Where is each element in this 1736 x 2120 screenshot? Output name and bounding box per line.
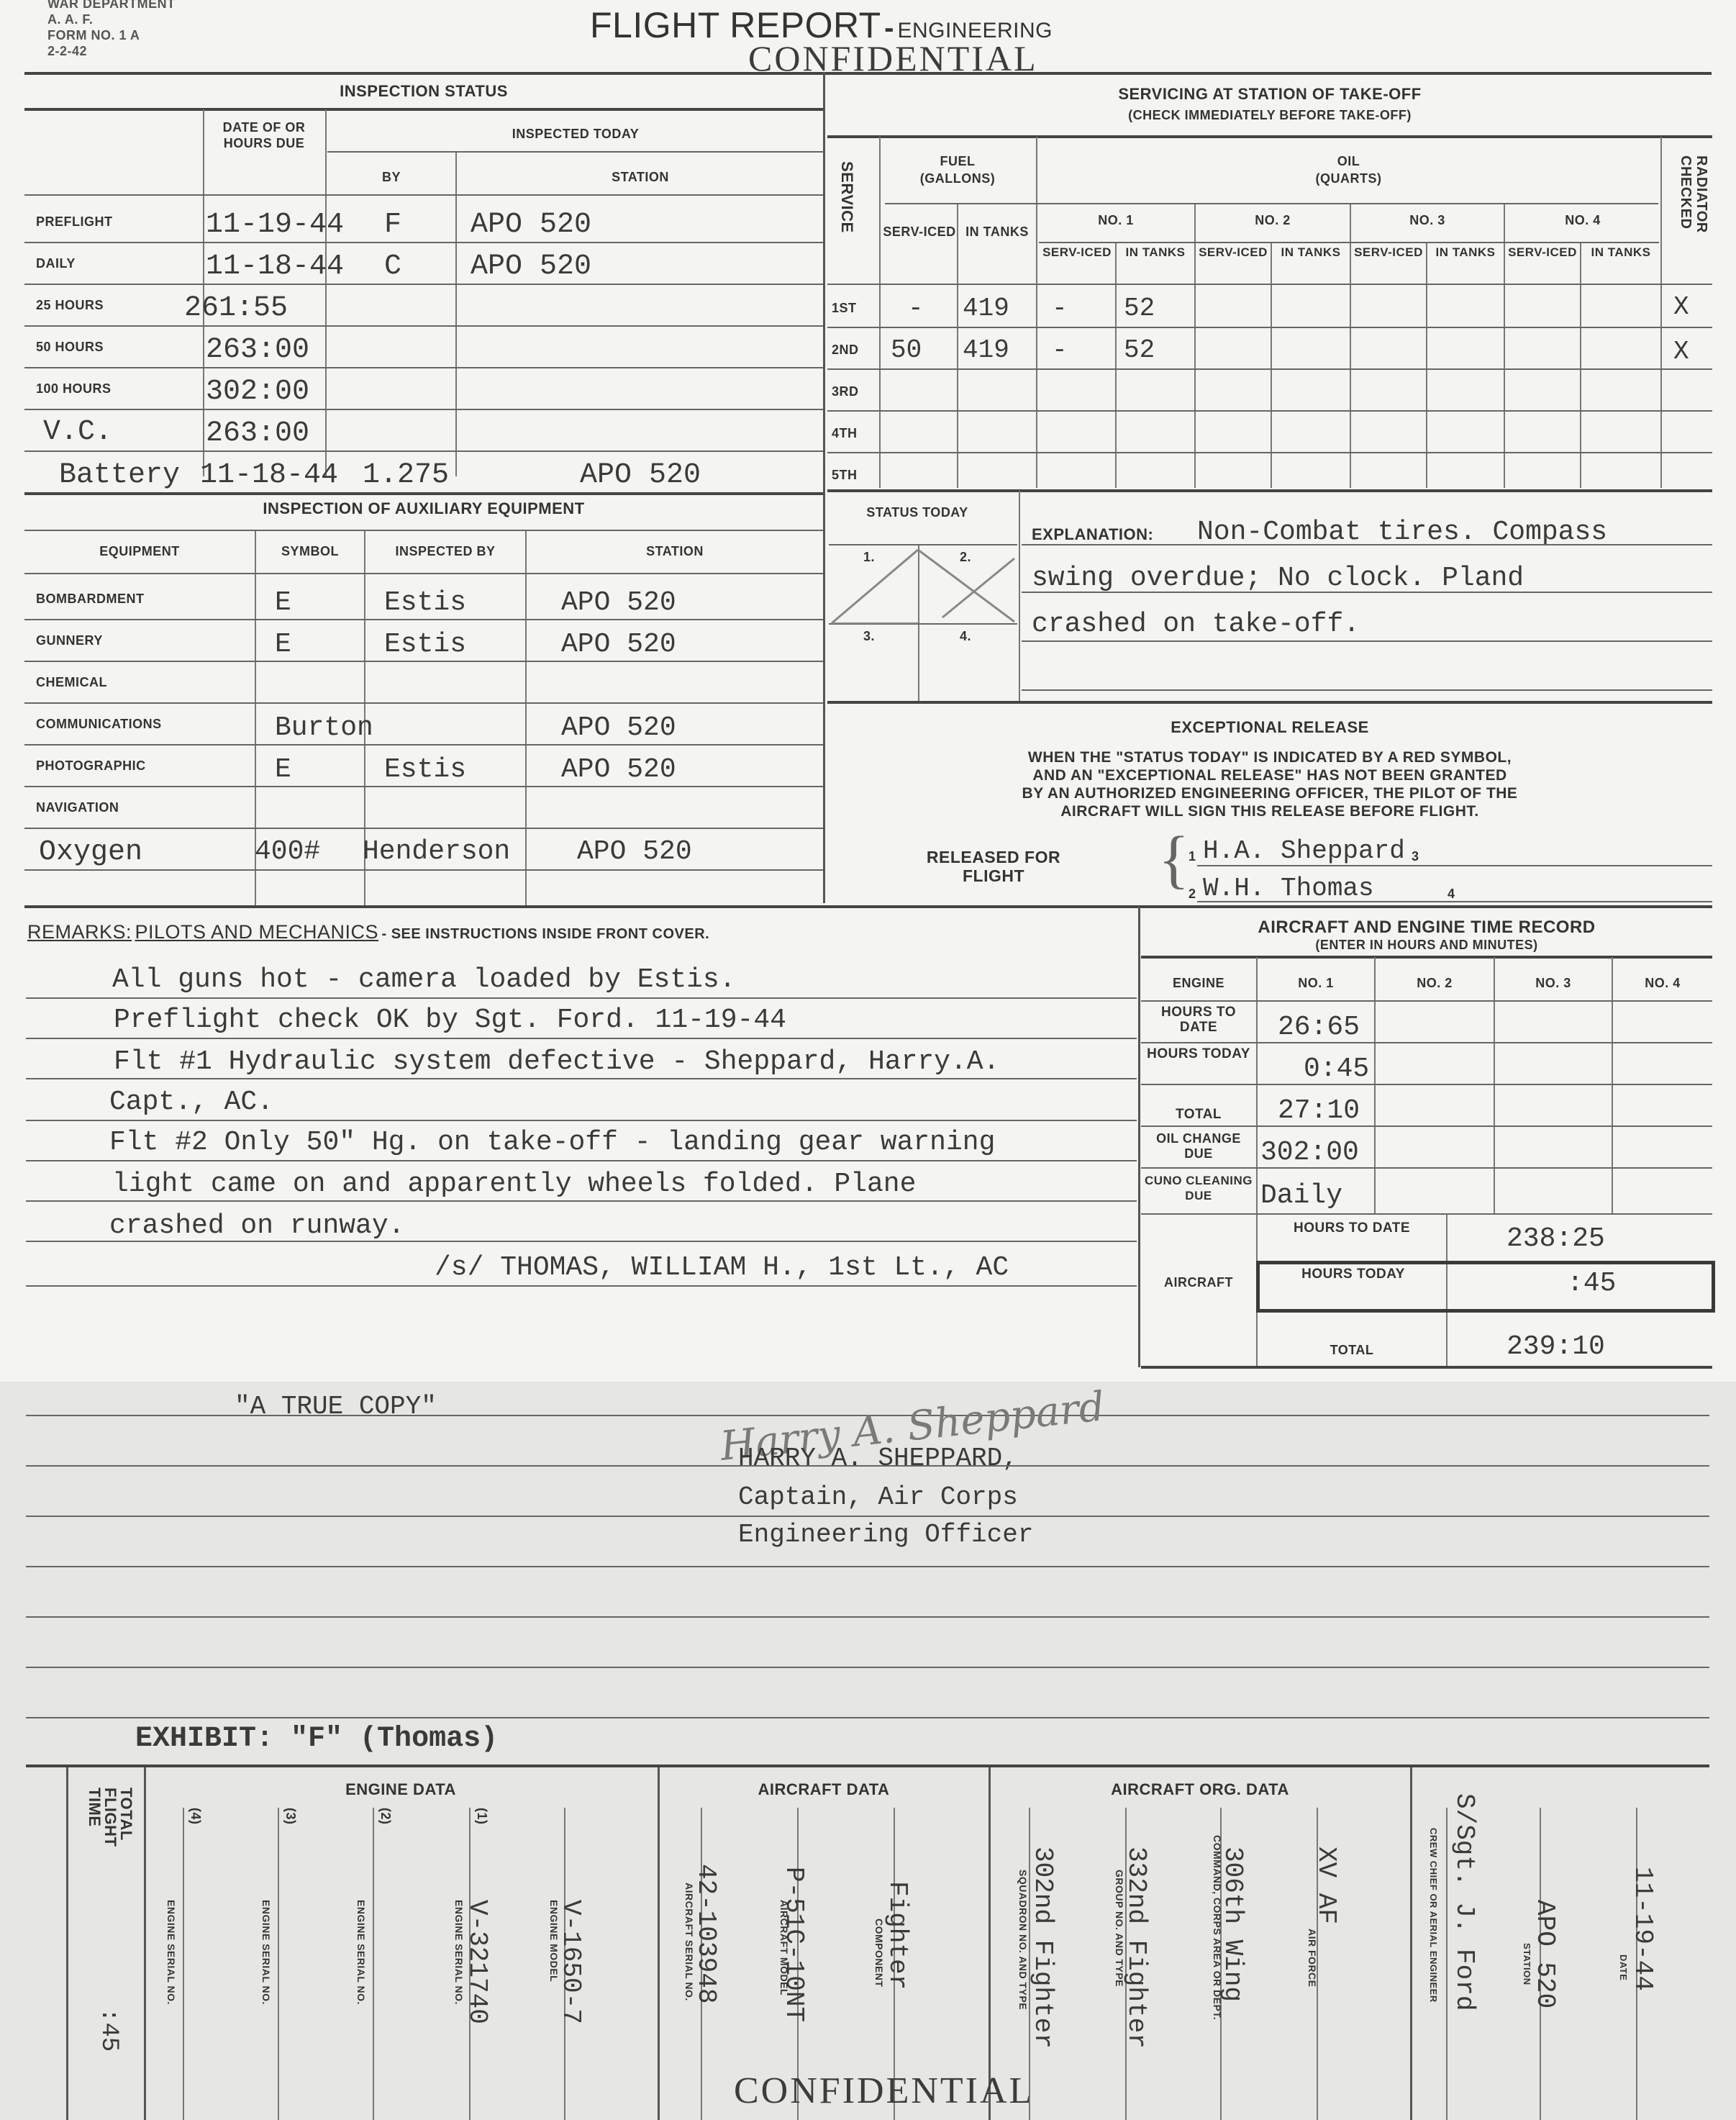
engine1-value[interactable]: 302:00 (1260, 1137, 1359, 1168)
release-text-line: BY AN AUTHORIZED ENGINEERING OFFICER, TH… (827, 784, 1712, 802)
engine-data-title: ENGINE DATA (144, 1780, 658, 1799)
row-line (24, 744, 823, 746)
row-label: 50 HOURS (36, 340, 104, 355)
row-line (1022, 544, 1712, 545)
row-line (1022, 592, 1712, 593)
row-line (827, 452, 1712, 453)
engine-col-header: NO. 4 (1613, 976, 1712, 991)
column-divider (1019, 491, 1020, 701)
station-value[interactable]: APO 520 (471, 250, 591, 283)
group-label: GROUP NO. AND TYPE (1114, 1870, 1125, 1987)
service-label: 4TH (832, 426, 858, 441)
equipment-label: COMMUNICATIONS (36, 717, 162, 732)
divider (24, 573, 823, 574)
remark-line[interactable]: Flt #2 Only 50" Hg. on take-off - landin… (109, 1127, 995, 1158)
table-row: 4TH (827, 413, 1712, 455)
remark-line[interactable]: crashed on runway. (109, 1210, 404, 1241)
table-row: GUNNERY E Estis APO 520 (24, 622, 823, 663)
row-line (24, 492, 823, 495)
signer-number: 3 (1412, 849, 1419, 864)
col-header-oil: OIL (QUARTS) (1037, 153, 1660, 187)
form-id-block: WAR DEPARTMENT A. A. F. FORM NO. 1 A 2-2… (47, 0, 176, 59)
signer-number: 1 (1189, 849, 1196, 864)
aircraft-hours-today[interactable]: :45 (1567, 1268, 1616, 1299)
column-divider (278, 1808, 279, 2120)
row-line (827, 410, 1712, 412)
by-value[interactable]: 1.275 (363, 459, 449, 492)
table-row: 100 HOURS 302:00 (24, 370, 823, 412)
table-row: COMMUNICATIONS Burton APO 520 (24, 705, 823, 747)
col-header-inspected-today: INSPECTED TODAY (327, 127, 824, 142)
engine-serial-label: ENGINE SERIAL NO. (165, 1900, 177, 2005)
equipment-label: NAVIGATION (36, 800, 119, 815)
inspected-by-value[interactable]: Estis (384, 629, 466, 660)
station-value[interactable]: APO 520 (577, 836, 692, 867)
dept-line: A. A. F. (47, 12, 176, 27)
service-label: 5TH (832, 468, 858, 483)
row-line (24, 409, 823, 410)
group-value[interactable]: 332nd Fighter (1122, 1847, 1151, 2049)
release-text-line: WHEN THE "STATUS TODAY" IS INDICATED BY … (827, 748, 1712, 766)
aircraft-model-label: AIRCRAFT MODEL (778, 1900, 790, 1996)
table-row: V.C. 263:00 (24, 412, 823, 453)
divider (827, 701, 1712, 704)
row-line (26, 1285, 1137, 1287)
symbol-value[interactable]: E (275, 587, 291, 618)
component-label: COMPONENT (873, 1919, 885, 1988)
table-row: Battery 11-18-44 1.275 APO 520 (24, 453, 823, 495)
remark-signature-line[interactable]: /s/ THOMAS, WILLIAM H., 1st Lt., AC (435, 1252, 1009, 1283)
symbol-value[interactable]: 400# (255, 836, 320, 867)
table-row: 1ST - 419 - 52 X (827, 288, 1712, 330)
symbol-value[interactable]: E (275, 629, 291, 660)
signer-name[interactable]: W.H. Thomas (1203, 874, 1374, 903)
command-label: COMMAND, CORPS AREA OR DEPT. (1212, 1835, 1223, 2020)
engine-serial-label: ENGINE SERIAL NO. (453, 1900, 465, 2005)
divider (24, 108, 823, 111)
status-quadrant-label: 3. (863, 629, 875, 644)
column-divider (1138, 907, 1140, 1367)
time-record-header: AIRCRAFT AND ENGINE TIME RECORD (ENTER I… (1141, 918, 1712, 954)
oil-serviced-header: SERV-ICED (1505, 245, 1580, 261)
row-line (827, 368, 1712, 370)
row-label: 25 HOURS (36, 298, 104, 313)
table-row: 25 HOURS 261:55 (24, 286, 823, 328)
row-line (26, 1717, 1709, 1718)
table-row: TOTAL 27:10 (1141, 1085, 1712, 1127)
signature-line (1197, 901, 1712, 902)
release-text-line: AND AN "EXCEPTIONAL RELEASE" HAS NOT BEE… (827, 766, 1712, 784)
row-line (26, 1566, 1709, 1567)
row-line (26, 1120, 1137, 1121)
column-divider (183, 1808, 184, 2120)
engine-num-label: (1) (474, 1808, 489, 1825)
aircraft-hours-to-date[interactable]: 238:25 (1506, 1223, 1605, 1254)
col-header-equipment: EQUIPMENT (24, 544, 255, 559)
oil-label: OIL (1037, 153, 1660, 170)
oil-in-tanks-value[interactable]: 52 (1124, 294, 1155, 323)
due-value[interactable]: 263:00 (206, 334, 309, 366)
station-value[interactable]: APO 520 (561, 712, 676, 743)
col-header-due: DATE OF OR HOURS DUE (204, 119, 324, 151)
inspected-by-value[interactable]: Henderson (363, 836, 510, 867)
engine1-value[interactable]: Daily (1260, 1180, 1342, 1211)
column-divider (1410, 1767, 1412, 2120)
footer-station-value[interactable]: APO 520 (1530, 1900, 1560, 2008)
col-header-by: BY (327, 170, 455, 185)
radiator-check[interactable]: X (1673, 337, 1689, 366)
footer-date-value[interactable]: 11-19-44 (1628, 1867, 1658, 1991)
row-line (24, 325, 823, 327)
row-label: PREFLIGHT (36, 214, 113, 230)
remarks-header: REMARKS: PILOTS AND MECHANICS - SEE INST… (27, 921, 709, 943)
engine-num-label: (3) (283, 1808, 298, 1825)
total-flight-time-label: TOTAL FLIGHT TIME (86, 1788, 134, 1881)
fuel-in-tanks-value[interactable]: 419 (963, 335, 1009, 365)
oil-in-tanks-value[interactable]: 52 (1124, 335, 1155, 365)
oil-engine-header: NO. 2 (1196, 213, 1350, 228)
aircraft-serial-value[interactable]: 42-103948 (691, 1864, 721, 2003)
status-symbol-icon (829, 545, 1017, 626)
divider (885, 203, 1658, 204)
row-label: CUNO CLEANING DUE (1141, 1173, 1256, 1203)
row-label: HOURS TODAY (1141, 1046, 1256, 1061)
divider (827, 284, 1712, 285)
status-today-title: STATUS TODAY (829, 504, 1006, 521)
table-row: CUNO CLEANING DUE Daily (1141, 1169, 1712, 1212)
fuel-serviced-value[interactable]: 50 (891, 335, 922, 365)
symbol-value[interactable]: Burton (275, 712, 373, 743)
col-header-radiator: RADIATOR CHECKED (1678, 155, 1709, 235)
dept-line: WAR DEPARTMENT (47, 0, 176, 12)
table-row: CHEMICAL (24, 663, 823, 705)
signer-number: 4 (1448, 887, 1455, 902)
due-value[interactable]: 11-19-44 (206, 209, 344, 241)
aircraft-hours-to-date-label: HOURS TO DATE (1258, 1220, 1446, 1236)
divider (26, 1765, 1709, 1767)
aircraft-total[interactable]: 239:10 (1506, 1331, 1605, 1362)
engine1-value[interactable]: 26:65 (1278, 1012, 1360, 1043)
fuel-serviced-header: SERV-ICED (882, 223, 957, 240)
aircraft-total-label: TOTAL (1258, 1343, 1446, 1358)
row-line (26, 1200, 1137, 1202)
due-value[interactable]: 261:55 (184, 292, 288, 325)
equipment-label: CHEMICAL (36, 675, 107, 690)
divider (24, 194, 823, 196)
oil-in-tanks-header: IN TANKS (1272, 245, 1350, 261)
oil-engine-header: NO. 4 (1505, 213, 1660, 228)
symbol-value[interactable]: E (275, 754, 291, 785)
divider (827, 135, 1712, 138)
footer-station-label: STATION (1522, 1943, 1532, 1985)
due-value[interactable]: 263:00 (206, 417, 309, 450)
engine-model-value[interactable]: V-1650-7 (556, 1900, 586, 2024)
table-row: PHOTOGRAPHIC E Estis APO 520 (24, 747, 823, 789)
confidential-stamp: CONFIDENTIAL (734, 2070, 1034, 2112)
table-row: HOURS TO DATE 26:65 (1141, 1002, 1712, 1043)
service-label: 2ND (832, 343, 859, 358)
row-line (24, 786, 823, 787)
officer-title: Engineering Officer (738, 1520, 1033, 1549)
row-label: Battery (59, 459, 180, 492)
dept-line: 2-2-42 (47, 43, 176, 59)
oil-serviced-value[interactable]: - (1052, 335, 1068, 365)
row-line (26, 997, 1137, 999)
section-title-inspection-status: INSPECTION STATUS (24, 82, 823, 101)
col-header-inspected-by: INSPECTED BY (365, 544, 525, 559)
row-line (24, 869, 823, 871)
service-label: 3RD (832, 384, 859, 399)
engine-col-header: NO. 1 (1258, 976, 1374, 991)
table-row: Oxygen 400# Henderson APO 520 (24, 830, 823, 872)
fuel-unit: (GALLONS) (881, 170, 1035, 187)
explanation-line[interactable]: swing overdue; No clock. Pland (1032, 563, 1524, 594)
status-quadrant-label: 4. (960, 629, 971, 644)
equipment-label: PHOTOGRAPHIC (36, 758, 146, 774)
row-line (24, 828, 823, 829)
due-value[interactable]: 11-18-44 (206, 250, 344, 283)
fuel-serviced-value[interactable]: - (908, 294, 924, 323)
oil-engine-header: NO. 3 (1351, 213, 1504, 228)
exceptional-release-text: WHEN THE "STATUS TODAY" IS INDICATED BY … (827, 748, 1712, 820)
row-line (26, 1465, 1709, 1467)
table-row: NAVIGATION (24, 789, 823, 830)
row-line (24, 242, 823, 243)
dept-line: FORM NO. 1 A (47, 27, 176, 43)
remark-line[interactable]: All guns hot - camera loaded by Estis. (112, 964, 736, 995)
true-copy-label: "A TRUE COPY" (235, 1392, 437, 1421)
engine-col-header: ENGINE (1141, 976, 1256, 991)
table-row: 2ND 50 419 - 52 X (827, 330, 1712, 371)
table-row: HOURS TODAY 0:45 (1141, 1043, 1712, 1085)
aircraft-hours-today-label: HOURS TODAY (1260, 1267, 1446, 1282)
aircraft-data-title: AIRCRAFT DATA (659, 1780, 989, 1799)
divider (327, 151, 824, 153)
row-label: V.C. (43, 416, 112, 448)
footer-date-label: DATE (1618, 1954, 1629, 1980)
table-row: OIL CHANGE DUE 302:00 (1141, 1127, 1712, 1169)
engine-serial-value[interactable]: V-321740 (463, 1900, 492, 2024)
row-line (24, 702, 823, 704)
divider (1039, 242, 1659, 243)
engine-num-label: (2) (378, 1808, 393, 1825)
fuel-in-tanks-value[interactable]: 419 (963, 294, 1009, 323)
explanation-line[interactable]: crashed on take-off. (1032, 609, 1360, 640)
divider (24, 530, 823, 531)
engine-serial-label: ENGINE SERIAL NO. (355, 1900, 367, 2005)
row-line (24, 367, 823, 368)
col-header-fuel: FUEL (GALLONS) (881, 153, 1035, 187)
row-line (26, 1038, 1137, 1039)
pilots-mechanics-label: PILOTS AND MECHANICS (135, 921, 378, 943)
engine-col-header: NO. 2 (1376, 976, 1494, 991)
divider (1141, 1366, 1712, 1369)
equipment-label: BOMBARDMENT (36, 592, 144, 607)
column-divider (66, 1767, 68, 2120)
divider (1141, 956, 1712, 959)
section-subtitle-servicing: (CHECK IMMEDIATELY BEFORE TAKE-OFF) (827, 108, 1712, 123)
due-value[interactable]: 302:00 (206, 376, 309, 408)
station-value[interactable]: APO 520 (561, 629, 676, 660)
section-title-auxiliary: INSPECTION OF AUXILIARY EQUIPMENT (24, 499, 823, 518)
oil-in-tanks-header: IN TANKS (1427, 245, 1504, 261)
row-line (24, 661, 823, 662)
remarks-note: - SEE INSTRUCTIONS INSIDE FRONT COVER. (382, 926, 710, 942)
oil-in-tanks-header: IN TANKS (1117, 245, 1194, 261)
component-value[interactable]: Fighter (883, 1881, 912, 1990)
table-row: 3RD (827, 371, 1712, 413)
engine-serial-label: ENGINE SERIAL NO. (260, 1900, 272, 2005)
fuel-label: FUEL (881, 153, 1035, 170)
engine-col-header: NO. 3 (1495, 976, 1612, 991)
row-line (26, 1160, 1137, 1161)
org-data-title: AIRCRAFT ORG. DATA (990, 1780, 1410, 1799)
station-value[interactable]: APO 520 (561, 587, 676, 618)
crew-chief-value[interactable]: S/Sgt. J. Ford (1450, 1793, 1479, 2011)
time-record-subtitle: (ENTER IN HOURS AND MINUTES) (1141, 936, 1712, 954)
air-force-value[interactable]: XV AF (1312, 1847, 1341, 1924)
explanation-label: EXPLANATION: (1032, 525, 1153, 544)
station-value[interactable]: APO 520 (561, 754, 676, 785)
due-value[interactable]: 11-18-44 (200, 459, 338, 492)
col-header-service: SERVICE (837, 161, 856, 233)
table-row: PREFLIGHT 11-19-44 F APO 520 (24, 203, 823, 245)
row-label: DAILY (36, 256, 76, 271)
released-for-flight-label: RELEASED FOR FLIGHT (904, 848, 1083, 885)
radiator-check[interactable]: X (1673, 292, 1689, 322)
remark-line[interactable]: Flt #1 Hydraulic system defective - Shep… (114, 1046, 999, 1077)
row-line (26, 1616, 1709, 1618)
divider (24, 905, 1712, 908)
row-line (26, 1078, 1137, 1079)
row-line (24, 619, 823, 620)
squadron-label: SQUADRON NO. AND TYPE (1017, 1870, 1029, 2010)
column-divider (989, 1767, 991, 2120)
signer-name[interactable]: H.A. Sheppard (1203, 836, 1405, 866)
aircraft-label: AIRCRAFT (1141, 1275, 1256, 1290)
column-divider (144, 1767, 146, 2120)
officer-rank: Captain, Air Corps (738, 1482, 1018, 1512)
inspected-by-value[interactable]: Estis (384, 754, 466, 785)
by-value[interactable]: C (384, 250, 401, 283)
time-record-title: AIRCRAFT AND ENGINE TIME RECORD (1141, 918, 1712, 936)
exhibit-label: EXHIBIT: "F" (Thomas) (135, 1723, 498, 1755)
row-label: 100 HOURS (36, 381, 112, 397)
column-divider (1446, 1808, 1448, 2120)
divider (827, 489, 1712, 492)
signature-line (1197, 865, 1712, 866)
oil-serviced-header: SERV-ICED (1351, 245, 1426, 261)
row-line (1022, 689, 1712, 691)
oil-serviced-value[interactable]: - (1052, 294, 1068, 323)
row-line (26, 1667, 1709, 1668)
oil-in-tanks-header: IN TANKS (1581, 245, 1660, 261)
remark-line[interactable]: Capt., AC. (109, 1087, 273, 1118)
row-line (26, 1516, 1709, 1517)
by-value[interactable]: F (384, 209, 401, 241)
table-row: 50 HOURS 263:00 (24, 328, 823, 370)
column-divider (373, 1808, 374, 2120)
col-header-symbol: SYMBOL (256, 544, 364, 559)
remark-line[interactable]: light came on and apparently wheels fold… (112, 1169, 916, 1200)
table-row: BOMBARDMENT E Estis APO 520 (24, 580, 823, 622)
signer-number: 2 (1189, 887, 1196, 902)
oil-serviced-header: SERV-ICED (1196, 245, 1271, 261)
fuel-in-tanks-header: IN TANKS (958, 223, 1036, 240)
row-line (1022, 640, 1712, 642)
total-flight-time-value[interactable]: :45 (95, 2008, 122, 2052)
equipment-label: Oxygen (39, 836, 142, 869)
engine-model-label: ENGINE MODEL (548, 1900, 560, 1982)
section-title-servicing: SERVICING AT STATION OF TAKE-OFF (827, 85, 1712, 104)
row-label: TOTAL (1141, 1107, 1256, 1123)
engine1-value[interactable]: 27:10 (1278, 1095, 1360, 1126)
col-header-station: STATION (458, 170, 823, 185)
row-label: HOURS TO DATE (1141, 1005, 1256, 1035)
row-line (24, 284, 823, 285)
oil-engine-header: NO. 1 (1037, 213, 1194, 228)
row-line (24, 450, 823, 452)
inspected-by-value[interactable]: Estis (384, 587, 466, 618)
divider (1141, 1213, 1712, 1215)
release-text-line: AIRCRAFT WILL SIGN THIS RELEASE BEFORE F… (827, 802, 1712, 820)
remarks-label: REMARKS: (27, 921, 132, 943)
service-label: 1ST (832, 301, 857, 316)
brace-icon: { (1158, 828, 1189, 892)
row-label: OIL CHANGE DUE (1141, 1131, 1256, 1161)
column-divider (658, 1767, 660, 2120)
flight-report-form: WAR DEPARTMENT A. A. F. FORM NO. 1 A 2-2… (0, 0, 1736, 2120)
aircraft-serial-label: AIRCRAFT SERIAL NO. (683, 1883, 695, 2001)
air-force-label: AIR FORCE (1306, 1929, 1318, 1988)
col-header-station: STATION (527, 544, 823, 559)
engine1-value[interactable]: 0:45 (1304, 1054, 1369, 1084)
squadron-value[interactable]: 302nd Fighter (1028, 1847, 1058, 2049)
officer-name: HARRY A. SHEPPARD, (738, 1444, 1018, 1473)
oil-serviced-header: SERV-ICED (1039, 245, 1115, 261)
explanation-line[interactable]: Non-Combat tires. Compass (1197, 517, 1607, 548)
section-title-exceptional-release: EXCEPTIONAL RELEASE (827, 718, 1712, 737)
engine-num-label: (4) (188, 1808, 203, 1825)
column-divider (823, 72, 825, 903)
divider (24, 72, 1712, 75)
row-line (827, 327, 1712, 328)
equipment-label: GUNNERY (36, 633, 103, 648)
oil-unit: (QUARTS) (1037, 170, 1660, 187)
remark-line[interactable]: Preflight check OK by Sgt. Ford. 11-19-4… (114, 1005, 786, 1036)
table-row: DAILY 11-18-44 C APO 520 (24, 245, 823, 286)
station-value[interactable]: APO 520 (471, 209, 591, 241)
crew-chief-label: CREW CHIEF OR AERIAL ENGINEER (1428, 1828, 1439, 2003)
row-line (26, 1241, 1137, 1242)
station-value[interactable]: APO 520 (580, 459, 701, 492)
